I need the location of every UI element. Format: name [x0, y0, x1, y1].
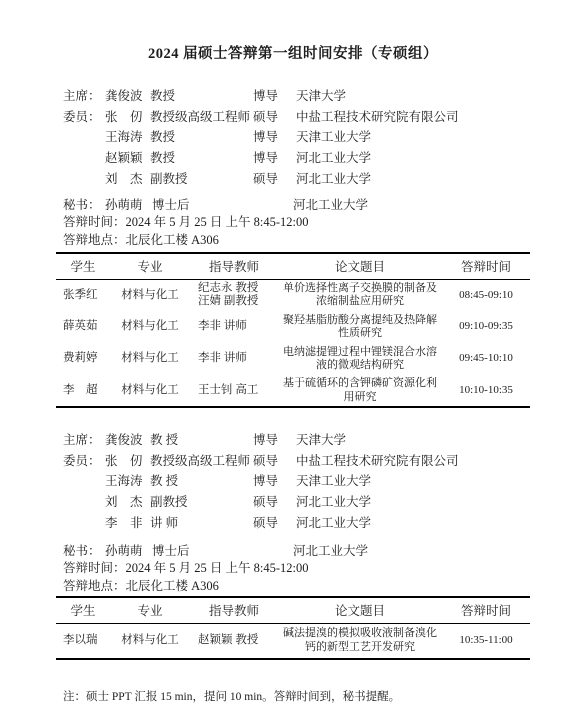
secretary-org: 河北工业大学: [293, 197, 368, 214]
thesis-title: 单价选择性离子交换膜的制备及浓缩制盐应用研究: [278, 279, 442, 311]
committee-row: 刘 杰 副教授 硕导 河北工业大学: [63, 492, 459, 513]
major: 材料与化工: [110, 375, 190, 407]
time-value: 2024 年 5 月 25 日 上午 8:45-12:00: [126, 560, 309, 577]
member-rank: 教授级高级工程师: [150, 107, 253, 128]
col-advisor: 指导教师: [190, 597, 278, 623]
table-row: 张季红 材料与化工 纪志永 教授 汪婧 副教授 单价选择性离子交换膜的制备及浓缩…: [56, 279, 530, 311]
place-value: 北辰化工楼 A306: [126, 232, 219, 249]
place-value: 北辰化工楼 A306: [126, 578, 219, 595]
member-org: 天津工业大学: [296, 127, 459, 148]
committee-row: 王海涛 教授 博导 天津工业大学: [63, 127, 459, 148]
role-label: 委员：: [63, 451, 105, 472]
table-header-row: 学生 专业 指导教师 论文题目 答辩时间: [56, 253, 530, 279]
committee-row: 委员： 张 仞 教授级高级工程师 硕导 中盐工程技术研究院有限公司: [63, 107, 459, 128]
member-org: 河北工业大学: [296, 148, 459, 169]
role-label: [63, 148, 105, 169]
member-rank: 副教授: [150, 492, 253, 513]
thesis-title: 电纳滤提锂过程中锂镁混合水溶液的微观结构研究: [278, 343, 442, 375]
defense-place-row: 答辩地点： 北辰化工楼 A306: [63, 232, 368, 249]
member-org: 河北工业大学: [296, 492, 459, 513]
table-row: 薛英茹 材料与化工 李非 讲师 聚羟基脂肪酸分离提纯及热降解性质研究 09:10…: [56, 311, 530, 343]
member-name: 龚俊波: [105, 430, 150, 451]
member-rank: 教授级高级工程师: [150, 451, 253, 472]
major: 材料与化工: [110, 623, 190, 659]
col-thesis: 论文题目: [278, 253, 442, 279]
advisor-cell: 纪志永 教授 汪婧 副教授: [190, 279, 278, 311]
time-value: 2024 年 5 月 25 日 上午 8:45-12:00: [126, 214, 309, 231]
col-thesis: 论文题目: [278, 597, 442, 623]
supervisor-type: 硕导: [253, 169, 296, 190]
supervisor-type: 硕导: [253, 451, 296, 472]
secretary-org: 河北工业大学: [293, 543, 368, 560]
committee-row: 王海涛 教 授 博导 天津工业大学: [63, 471, 459, 492]
schedule-document: 2024 届硕士答辩第一组时间安排（专硕组） 主席： 龚俊波 教授 博导 天津大…: [0, 0, 586, 719]
defense-schedule-table-1: 学生 专业 指导教师 论文题目 答辩时间 张季红 材料与化工 纪志永 教授 汪婧…: [56, 252, 530, 408]
major: 材料与化工: [110, 343, 190, 375]
secretary-name: 孙萌萌: [105, 543, 152, 560]
session-info-2: 秘书： 孙萌萌 博士后 河北工业大学 答辩时间： 2024 年 5 月 25 日…: [63, 543, 368, 595]
col-student: 学生: [56, 253, 110, 279]
role-label: [63, 513, 105, 534]
defense-time: 08:45-09:10: [442, 279, 530, 311]
advisor-line: 纪志永 教授: [198, 282, 275, 296]
member-rank: 教授: [150, 148, 253, 169]
time-label: 答辩时间：: [63, 560, 126, 577]
major: 材料与化工: [110, 311, 190, 343]
advisor-cell: 赵颖颖 教授: [190, 623, 278, 659]
col-student: 学生: [56, 597, 110, 623]
member-name: 王海涛: [105, 471, 150, 492]
advisor-cell: 李非 讲师: [190, 343, 278, 375]
table-row: 李 超 材料与化工 王士钊 高工 基于硫循环的含钾磷矿资源化利用研究 10:10…: [56, 375, 530, 407]
member-rank: 教授: [150, 86, 253, 107]
secretary-rank: 博士后: [152, 197, 293, 214]
member-org: 河北工业大学: [296, 169, 459, 190]
supervisor-type: 博导: [253, 86, 296, 107]
time-label: 答辩时间：: [63, 214, 126, 231]
secretary-row: 秘书： 孙萌萌 博士后 河北工业大学: [63, 197, 368, 214]
role-label: 主席：: [63, 430, 105, 451]
supervisor-type: 博导: [253, 430, 296, 451]
advisor-cell: 王士钊 高工: [190, 375, 278, 407]
table-row: 费莉婷 材料与化工 李非 讲师 电纳滤提锂过程中锂镁混合水溶液的微观结构研究 0…: [56, 343, 530, 375]
secretary-rank: 博士后: [152, 543, 293, 560]
committee-row: 赵颖颖 教授 博导 河北工业大学: [63, 148, 459, 169]
committee-block-1: 主席： 龚俊波 教授 博导 天津大学 委员： 张 仞 教授级高级工程师 硕导 中…: [63, 86, 459, 189]
member-rank: 讲 师: [150, 513, 253, 534]
member-name: 赵颖颖: [105, 148, 150, 169]
member-org: 中盐工程技术研究院有限公司: [296, 107, 459, 128]
defense-schedule-table-2: 学生 专业 指导教师 论文题目 答辩时间 李以瑞 材料与化工 赵颖颖 教授 碱法…: [56, 596, 530, 660]
committee-row: 刘 杰 副教授 硕导 河北工业大学: [63, 169, 459, 190]
supervisor-type: 硕导: [253, 492, 296, 513]
advisor-line: 汪婧 副教授: [198, 295, 275, 309]
supervisor-type: 博导: [253, 148, 296, 169]
role-label: [63, 471, 105, 492]
member-name: 张 仞: [105, 107, 150, 128]
advisor-line: 李非 讲师: [198, 320, 275, 334]
page-title: 2024 届硕士答辩第一组时间安排（专硕组）: [0, 42, 586, 63]
defense-time: 10:10-10:35: [442, 375, 530, 407]
thesis-title: 基于硫循环的含钾磷矿资源化利用研究: [278, 375, 442, 407]
member-name: 李 非: [105, 513, 150, 534]
table-row: 李以瑞 材料与化工 赵颖颖 教授 碱法提溴的模拟吸收液制备溴化钙的新型工艺开发研…: [56, 623, 530, 659]
defense-time-row: 答辩时间： 2024 年 5 月 25 日 上午 8:45-12:00: [63, 214, 368, 231]
student-name: 费莉婷: [56, 343, 110, 375]
role-label: 委员：: [63, 107, 105, 128]
member-name: 刘 杰: [105, 492, 150, 513]
member-rank: 教 授: [150, 430, 253, 451]
member-rank: 教 授: [150, 471, 253, 492]
col-major: 专业: [110, 253, 190, 279]
member-name: 刘 杰: [105, 169, 150, 190]
committee-row: 主席： 龚俊波 教授 博导 天津大学: [63, 86, 459, 107]
member-org: 中盐工程技术研究院有限公司: [296, 451, 459, 472]
advisor-line: 王士钊 高工: [198, 384, 275, 398]
secretary-label: 秘书：: [63, 543, 105, 560]
secretary-label: 秘书：: [63, 197, 105, 214]
member-name: 王海涛: [105, 127, 150, 148]
session-info-1: 秘书： 孙萌萌 博士后 河北工业大学 答辩时间： 2024 年 5 月 25 日…: [63, 197, 368, 249]
supervisor-type: 硕导: [253, 513, 296, 534]
student-name: 薛英茹: [56, 311, 110, 343]
col-major: 专业: [110, 597, 190, 623]
advisor-cell: 李非 讲师: [190, 311, 278, 343]
role-label: 主席：: [63, 86, 105, 107]
major: 材料与化工: [110, 279, 190, 311]
committee-block-2: 主席： 龚俊波 教 授 博导 天津大学 委员： 张 仞 教授级高级工程师 硕导 …: [63, 430, 459, 533]
member-org: 天津工业大学: [296, 471, 459, 492]
committee-row: 委员： 张 仞 教授级高级工程师 硕导 中盐工程技术研究院有限公司: [63, 451, 459, 472]
defense-time: 10:35-11:00: [442, 623, 530, 659]
defense-time: 09:10-09:35: [442, 311, 530, 343]
col-advisor: 指导教师: [190, 253, 278, 279]
member-rank: 副教授: [150, 169, 253, 190]
table-header-row: 学生 专业 指导教师 论文题目 答辩时间: [56, 597, 530, 623]
committee-row: 主席： 龚俊波 教 授 博导 天津大学: [63, 430, 459, 451]
col-time: 答辩时间: [442, 597, 530, 623]
member-rank: 教授: [150, 127, 253, 148]
supervisor-type: 博导: [253, 471, 296, 492]
student-name: 张季红: [56, 279, 110, 311]
footnote: 注：硕士 PPT 汇报 15 min，提问 10 min。答辩时间到，秘书提醒。: [63, 688, 400, 704]
place-label: 答辩地点：: [63, 232, 126, 249]
defense-place-row: 答辩地点： 北辰化工楼 A306: [63, 578, 368, 595]
supervisor-type: 博导: [253, 127, 296, 148]
thesis-title: 聚羟基脂肪酸分离提纯及热降解性质研究: [278, 311, 442, 343]
defense-time-row: 答辩时间： 2024 年 5 月 25 日 上午 8:45-12:00: [63, 560, 368, 577]
advisor-line: 赵颖颖 教授: [198, 634, 275, 648]
col-time: 答辩时间: [442, 253, 530, 279]
member-name: 龚俊波: [105, 86, 150, 107]
committee-row: 李 非 讲 师 硕导 河北工业大学: [63, 513, 459, 534]
student-name: 李以瑞: [56, 623, 110, 659]
secretary-row: 秘书： 孙萌萌 博士后 河北工业大学: [63, 543, 368, 560]
supervisor-type: 硕导: [253, 107, 296, 128]
member-name: 张 仞: [105, 451, 150, 472]
advisor-line: 李非 讲师: [198, 352, 275, 366]
member-org: 天津大学: [296, 430, 459, 451]
member-org: 河北工业大学: [296, 513, 459, 534]
secretary-name: 孙萌萌: [105, 197, 152, 214]
place-label: 答辩地点：: [63, 578, 126, 595]
role-label: [63, 127, 105, 148]
role-label: [63, 169, 105, 190]
student-name: 李 超: [56, 375, 110, 407]
defense-time: 09:45-10:10: [442, 343, 530, 375]
member-org: 天津大学: [296, 86, 459, 107]
role-label: [63, 492, 105, 513]
thesis-title: 碱法提溴的模拟吸收液制备溴化钙的新型工艺开发研究: [278, 623, 442, 659]
